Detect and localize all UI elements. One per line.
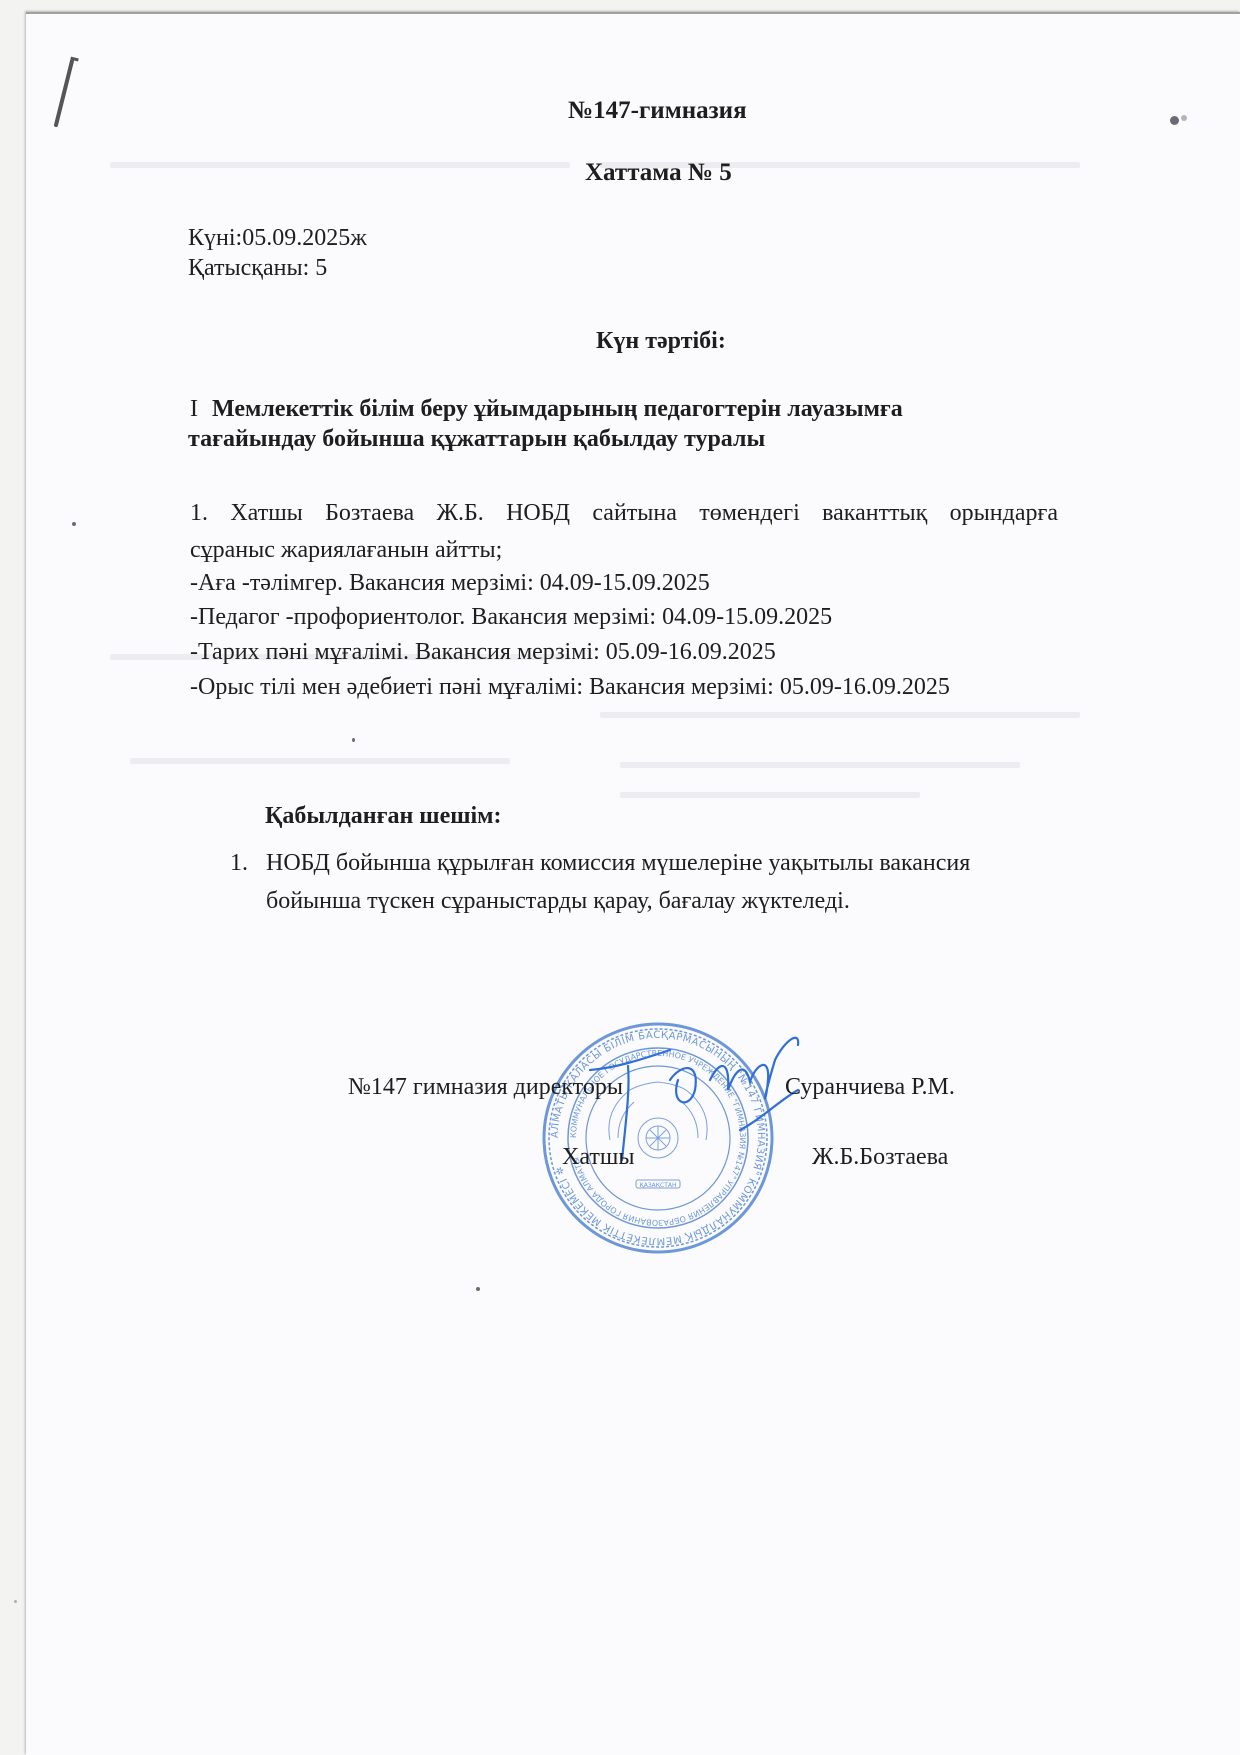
agenda-item-line-1: Мемлекеттік білім беру ұйымдарының педаг… [212,397,903,421]
scan-speck [1170,116,1179,125]
director-name: Суранчиева Р.М. [785,1075,955,1099]
meeting-date: Күні:05.09.2025ж [188,226,367,250]
scan-speck [476,1287,480,1291]
vacancy-item: -Тарих пәні мұғалімі. Вакансия мерзімі: … [190,640,776,664]
vacancy-item: -Орыс тілі мен әдебиеті пәні мұғалімі: В… [190,675,950,699]
secretary-title: Хатшы [562,1145,634,1169]
report-line-1: 1. Хатшы Бозтаева Ж.Б. НОБД сайтына төме… [190,500,1058,527]
bleed-through-line [110,162,570,168]
agenda-item-numeral: I [190,397,198,421]
bleed-through-line [620,792,920,798]
protocol-title: Хаттама № 5 [585,160,732,185]
vacancy-item: -Педагог -профориентолог. Вакансия мерзі… [190,605,832,629]
page-top-edge [26,12,1240,14]
director-title: №147 гимназия директоры [348,1075,623,1099]
agenda-heading: Күн тәртібі: [596,329,726,353]
scan-speck [352,738,355,742]
decision-heading: Қабылданған шешім: [265,804,501,828]
bleed-through-line [600,712,1080,718]
bleed-through-line [620,762,1020,768]
scan-speck [1181,115,1187,121]
school-name: №147-гимназия [568,98,747,123]
secretary-name: Ж.Б.Бозтаева [812,1145,948,1169]
scan-speck [14,1600,17,1603]
agenda-item-line-2: тағайындау бойынша құжаттарын қабылдау т… [188,427,765,451]
scan-speck [72,522,76,526]
decision-number: 1. [230,851,248,875]
decision-line-1: НОБД бойынша құрылған комиссия мүшелерін… [266,851,970,875]
attendees-count: Қатысқаны: 5 [188,256,327,280]
report-line-2: сұраныс жариялағанын айтты; [190,538,502,562]
vacancy-item: -Аға -тәлімгер. Вакансия мерзімі: 04.09-… [190,571,710,595]
bleed-through-line [130,758,510,764]
decision-line-2: бойынша түскен сұраныстарды қарау, бағал… [266,889,850,913]
svg-text:ҚАЗАҚСТАН: ҚАЗАҚСТАН [639,1182,676,1189]
